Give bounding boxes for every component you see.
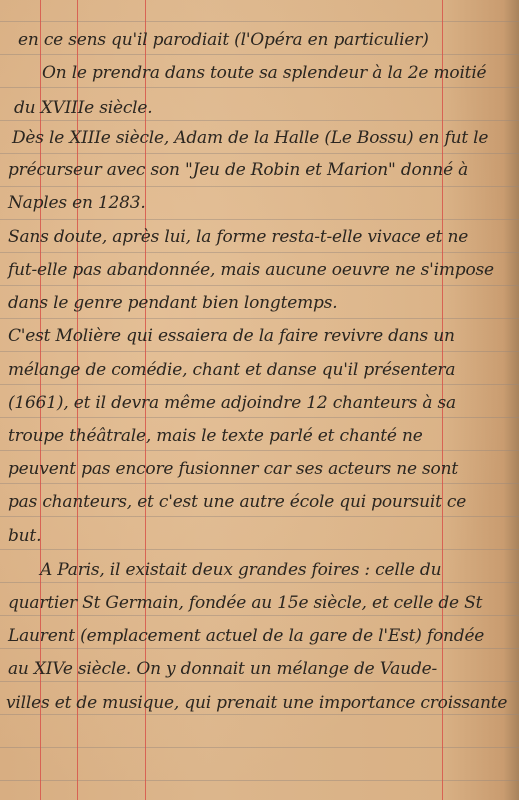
text-line: (1661), et il devra même adjoindre 12 ch… — [8, 393, 456, 413]
text-line: du XVIIIe siècle. — [14, 98, 152, 118]
text-line: précurseur avec son "Jeu de Robin et Mar… — [8, 160, 468, 180]
text-line: A Paris, il existait deux grandes foires… — [40, 560, 441, 580]
notebook-page: en ce sens qu'il parodiait (l'Opéra en p… — [0, 0, 519, 800]
text-line: Laurent (emplacement actuel de la gare d… — [8, 626, 484, 646]
text-line: On le prendra dans toute sa splendeur à … — [42, 63, 486, 83]
text-line: au XIVe siècle. On y donnait un mélange … — [8, 659, 437, 679]
text-line: C'est Molière qui essaiera de la faire r… — [8, 326, 455, 346]
text-line: Naples en 1283. — [8, 193, 146, 213]
text-line: en ce sens qu'il parodiait (l'Opéra en p… — [18, 30, 429, 50]
text-line: quartier St Germain, fondée au 15e siècl… — [8, 593, 482, 613]
text-line: dans le genre pendant bien longtemps. — [8, 293, 337, 313]
text-line: but. — [8, 526, 41, 546]
text-line: fut-elle pas abandonnée, mais aucune oeu… — [8, 260, 494, 280]
text-line: troupe théâtrale, mais le texte parlé et… — [8, 426, 423, 446]
text-line: Sans doute, après lui, la forme resta-t-… — [8, 227, 468, 247]
text-line: villes et de musique, qui prenait une im… — [6, 693, 507, 713]
text-line: mélange de comédie, chant et danse qu'il… — [8, 360, 455, 380]
text-line: pas chanteurs, et c'est une autre école … — [8, 492, 466, 512]
text-line: Dès le XIIIe siècle, Adam de la Halle (L… — [12, 128, 488, 148]
text-line: peuvent pas encore fusionner car ses act… — [8, 459, 458, 479]
